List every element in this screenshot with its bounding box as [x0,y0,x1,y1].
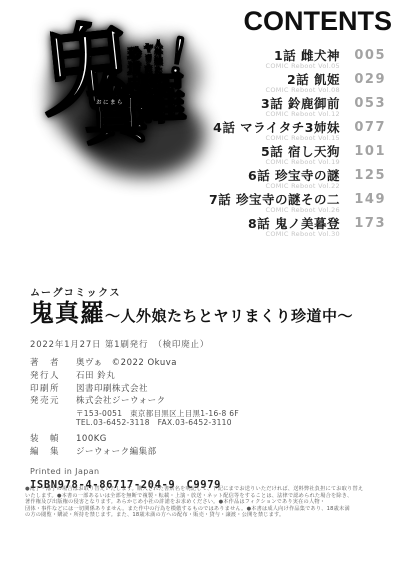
chapter-page-number: 101 [340,145,386,159]
legal-fineprint: ●乱丁・落丁の場合はお取り替えいたします。購入された書店名を明記して、下記にまで… [25,486,387,519]
toc-item: 5話 宿し天狗 COMIC Reboot Vol.19 101 [136,145,386,166]
chapter-page-number: 149 [340,193,386,207]
chapter-title: 8話 鬼ノ美暮登 [248,217,340,231]
credit-value: 石田 鈴丸 [76,370,115,383]
credit-row: 印刷所 図書印刷株式会社 [30,383,382,396]
chapter-source: COMIC Reboot Vol.15 [213,135,340,142]
credit-value: 株式会社ジーウォーク [76,395,166,408]
credit-label: 発売元 [30,395,76,408]
credit-row: 著 者 奥ヴぁ ©2022 Okuva [30,357,382,370]
address-line: TEL.03-6452-3118 FAX.03-6452-3110 [76,419,382,428]
imprint-label: ムーグコミックス [30,288,382,299]
publisher-address: 〒153-0051 東京都目黒区上目黒1-16-8 6F TEL.03-6452… [76,410,382,427]
credit-label: 発行人 [30,370,76,383]
chapter-source: COMIC Reboot Vol.05 [266,63,340,70]
credit-label: 装 幀 [30,433,76,446]
credit-block-secondary: 装 幀 100KG 編 集 ジーウォーク編集部 [30,433,382,459]
page-title: CONTENTS [244,6,393,37]
chapter-title: 2話 飢姫 [266,73,340,87]
credit-label: 著 者 [30,357,76,370]
toc-item: 2話 飢姫 COMIC Reboot Vol.08 029 [136,73,386,94]
fineprint-line: 著作権及び出版権の侵害となります。あらかじめ小社の許諾をお求めください。●本作品… [25,499,387,506]
book-title: 鬼真羅 [30,299,105,327]
toc-item: 4話 マライタチ3姉妹 COMIC Reboot Vol.15 077 [136,121,386,142]
credit-value: 奥ヴぁ ©2022 Okuva [76,357,177,370]
credit-row: 編 集 ジーウォーク編集部 [30,446,382,459]
chapter-source: COMIC Reboot Vol.26 [209,207,340,214]
chapter-page-number: 125 [340,169,386,183]
credit-row: 装 幀 100KG [30,433,382,446]
credit-value: 100KG [76,433,107,446]
book-title-line: 鬼真羅～人外娘たちとヤリまくり珍道中～ [30,300,382,329]
chapter-title: 3話 鈴鹿御前 [261,97,340,111]
credit-value: ジーウォーク編集部 [76,446,157,459]
chapter-source: COMIC Reboot Vol.19 [261,159,340,166]
credit-value: 図書印刷株式会社 [76,383,148,396]
chapter-title: 4話 マライタチ3姉妹 [213,121,340,135]
credit-label: 印刷所 [30,383,76,396]
book-subtitle: ～人外娘たちとヤリまくり珍道中～ [105,307,353,325]
chapter-source: COMIC Reboot Vol.08 [266,87,340,94]
chapter-source: COMIC Reboot Vol.12 [261,111,340,118]
credit-label: 編 集 [30,446,76,459]
chapter-page-number: 005 [340,49,386,63]
toc-page: CONTENTS 鬼 真 羅 人外娘たちと ヤリまくり 珍道中 ！ おにまら 1… [0,0,400,568]
edition-line: 2022年1月27日 第1刷発行 （検印廃止） [30,340,382,350]
chapter-title: 6話 珍宝寺の謎 [248,169,340,183]
fineprint-line: ●乱丁・落丁の場合はお取り替えいたします。購入された書店名を明記して、下記にまで… [25,486,387,493]
credit-row: 発行人 石田 鈴丸 [30,370,382,383]
credit-row: 発売元 株式会社ジーウォーク [30,395,382,408]
chapter-list: 1話 雌犬神 COMIC Reboot Vol.05 005 2話 飢姫 COM… [136,49,386,241]
fineprint-line: の方の閲覧・購読・所持を禁じます。また、18歳未満の方への配布・販売・貸与・譲渡… [25,512,387,519]
toc-item: 6話 珍宝寺の謎 COMIC Reboot Vol.22 125 [136,169,386,190]
chapter-source: COMIC Reboot Vol.30 [248,231,340,238]
chapter-title: 1話 雌犬神 [266,49,340,63]
chapter-title: 7話 珍宝寺の謎その二 [209,193,340,207]
toc-item: 8話 鬼ノ美暮登 COMIC Reboot Vol.30 173 [136,217,386,238]
credit-block: 著 者 奥ヴぁ ©2022 Okuva 発行人 石田 鈴丸 印刷所 図書印刷株式… [30,357,382,408]
chapter-source: COMIC Reboot Vol.22 [248,183,340,190]
toc-item: 1話 雌犬神 COMIC Reboot Vol.05 005 [136,49,386,70]
chapter-page-number: 077 [340,121,386,135]
colophon: ムーグコミックス 鬼真羅～人外娘たちとヤリまくり珍道中～ 2022年1月27日 … [30,288,382,491]
toc-item: 7話 珍宝寺の謎その二 COMIC Reboot Vol.26 149 [136,193,386,214]
toc-item: 3話 鈴鹿御前 COMIC Reboot Vol.12 053 [136,97,386,118]
logo-furigana: おにまら [94,100,126,107]
printed-in-label: Printed in Japan [30,467,382,476]
chapter-page-number: 173 [340,217,386,231]
chapter-title: 5話 宿し天狗 [261,145,340,159]
chapter-page-number: 029 [340,73,386,87]
chapter-page-number: 053 [340,97,386,111]
